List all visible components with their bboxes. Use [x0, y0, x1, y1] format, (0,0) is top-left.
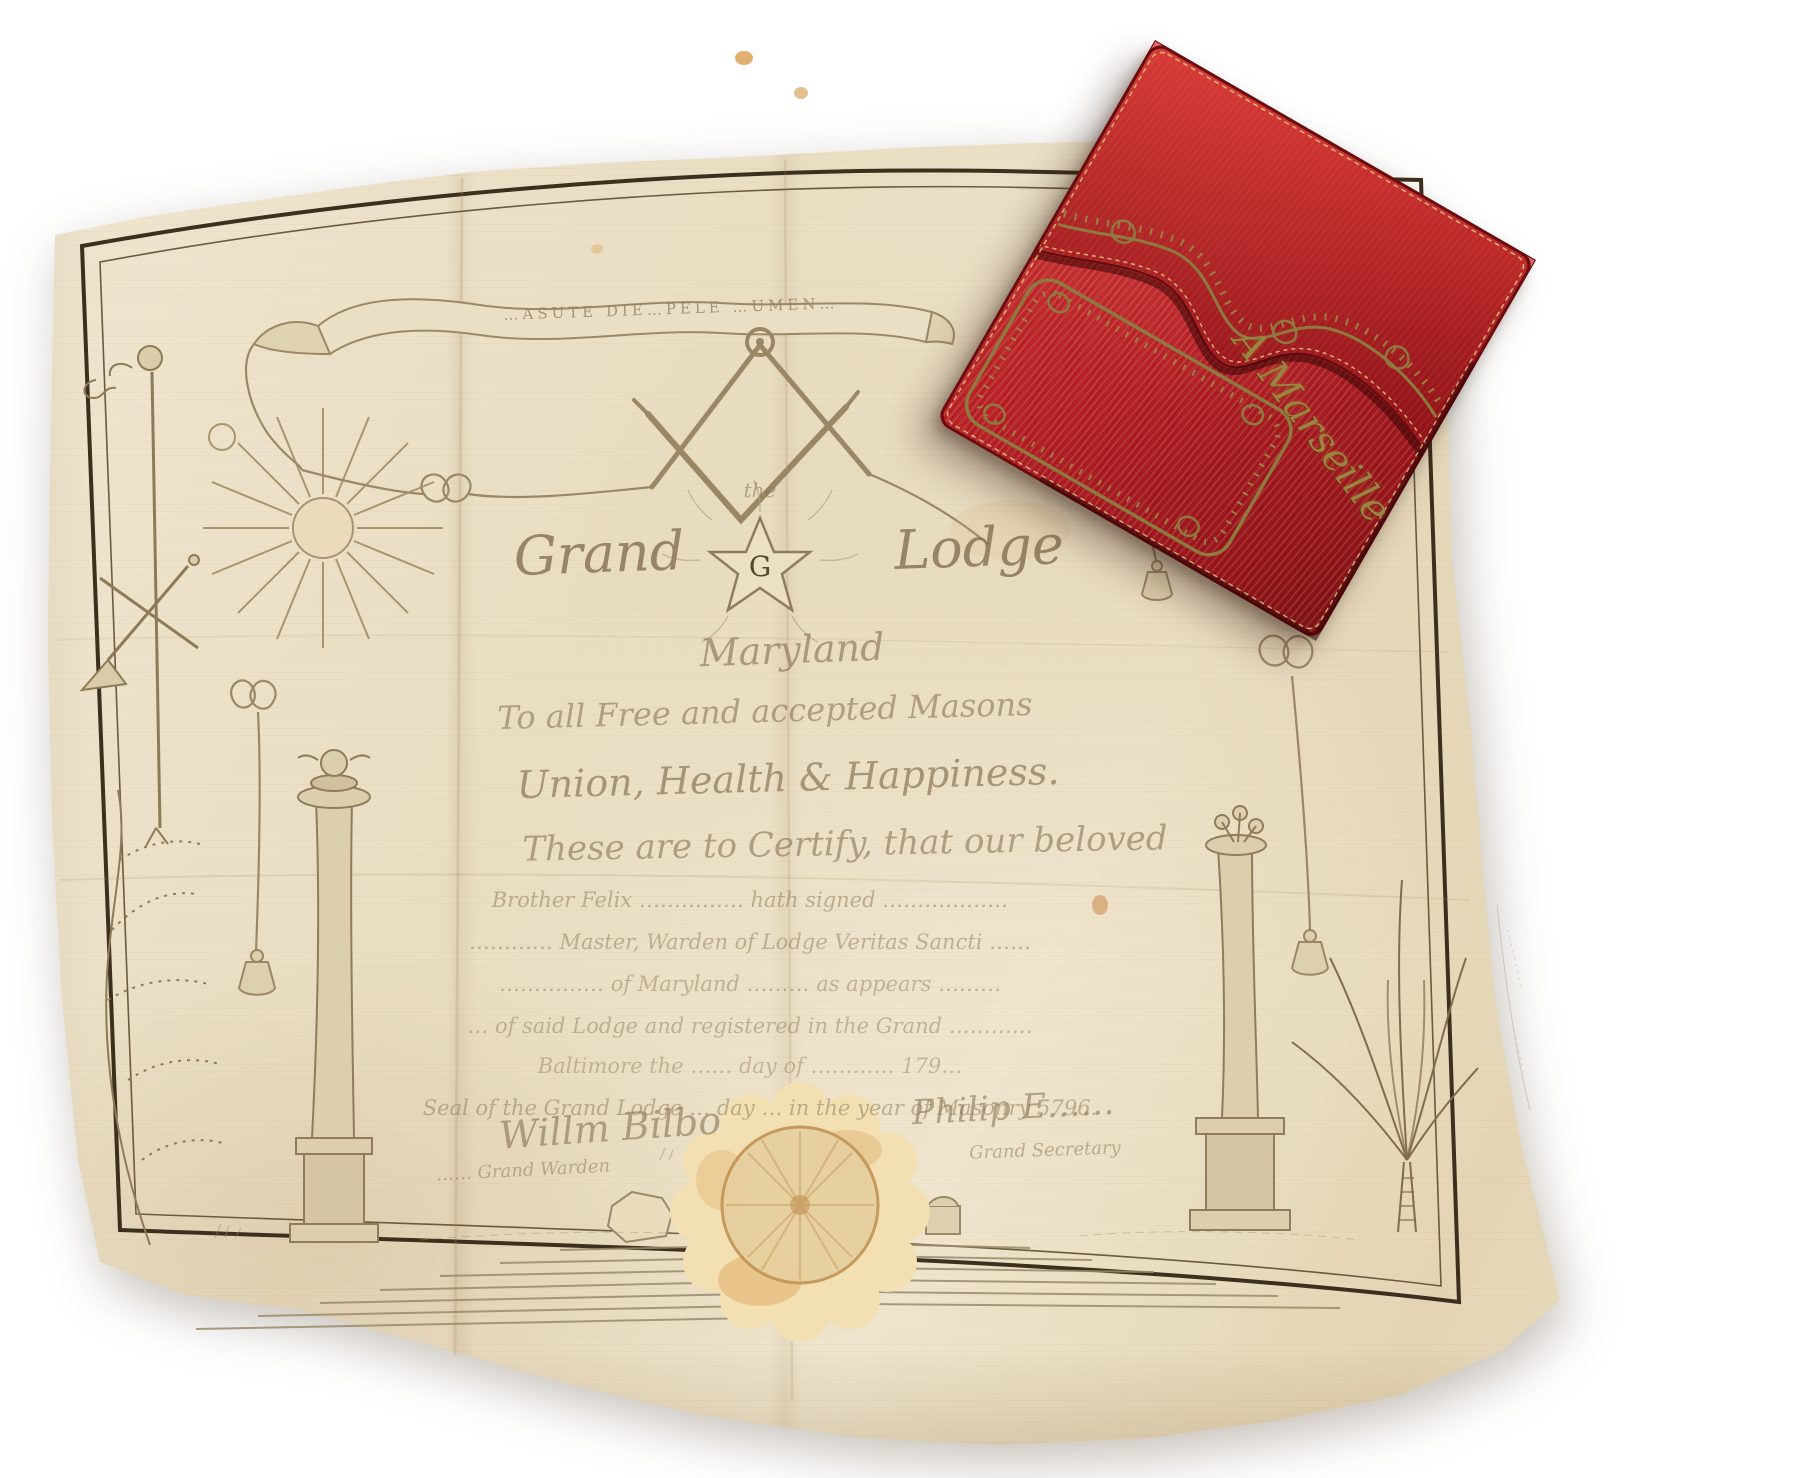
- heading-lodge: Lodge: [847, 511, 1111, 583]
- body-line: Baltimore the …… day of ………… 179…: [350, 1054, 1150, 1078]
- body-line: Brother Felix …………… hath signed ………………: [350, 888, 1150, 912]
- heading-the: the: [715, 478, 805, 502]
- heading-star-letter: G: [744, 550, 776, 583]
- certificate-paper: [0, 0, 1800, 1478]
- photograph: …ASUTE DIE…PELE …UMEN… the Grand G Lodge…: [0, 0, 1800, 1478]
- heading-grand: Grand: [467, 517, 731, 589]
- body-line: ………… Master, Warden of Lodge Veritas San…: [350, 930, 1150, 954]
- body-line: …………… of Maryland ……… as appears ………: [350, 972, 1150, 996]
- certificate-paper-shadow: [0, 0, 1800, 1478]
- body-line: … of said Lodge and registered in the Gr…: [350, 1014, 1150, 1038]
